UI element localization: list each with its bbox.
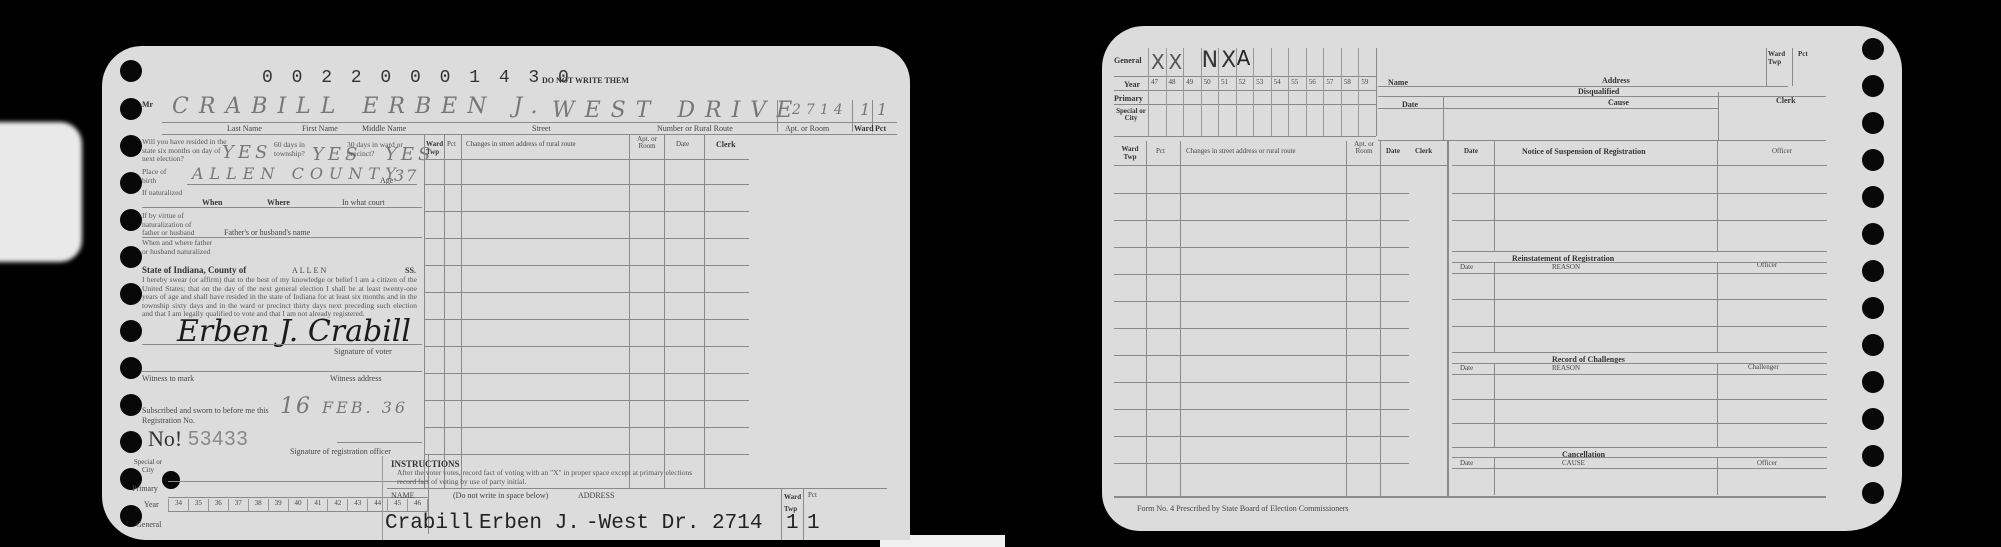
challenges-reason-label: REASON: [1552, 364, 1580, 373]
naturalized-court: In what court: [342, 198, 385, 207]
year-cell: 50: [1204, 78, 1211, 86]
record-row-special: Special or City: [1116, 108, 1146, 122]
year-cell: 51: [1221, 78, 1228, 86]
cancellation-officer-label: Officer: [1757, 459, 1777, 468]
year-cell: 37: [228, 499, 248, 511]
vote-mark: X: [1221, 48, 1236, 73]
naturalized-where: Where: [267, 198, 290, 207]
punch-hole: [1862, 297, 1884, 319]
label-number: Number or Rural Route: [657, 124, 733, 133]
punch-hole: [120, 98, 142, 120]
witness-address-label: Witness address: [330, 374, 381, 383]
challenges-challenger-label: Challenger: [1748, 363, 1779, 372]
label-apt: Apt. or Room: [785, 124, 829, 133]
year-cell: 54: [1274, 78, 1281, 86]
disqualified-section: Name Address Disqualified Date Cause Cle…: [1378, 48, 1826, 140]
naturalized-label: If naturalized: [142, 189, 192, 198]
oath-text: I hereby swear (or affirm) that to the b…: [142, 276, 417, 319]
naturalized-when: When: [202, 198, 222, 207]
punch-hole: [120, 60, 142, 82]
instructions-note: (Do not write in space below): [453, 491, 548, 500]
oath-ss: SS.: [405, 266, 416, 275]
residency-question-state: Will you have resided in the state six m…: [142, 138, 227, 164]
punch-hole: [120, 320, 142, 342]
punch-hole: [120, 209, 142, 231]
year-cell: 52: [1239, 78, 1246, 86]
punch-hole: [1862, 371, 1884, 393]
registration-card-front: 0 0 2 2 0 0 0 1 4 3 0 DO NOT WRITE THEM …: [102, 46, 910, 540]
disq-title: Disqualified: [1578, 87, 1619, 96]
registration-label: Registration No.: [142, 416, 195, 425]
father-name-label: Father's or husband's name: [224, 228, 310, 237]
punch-hole: [1862, 482, 1884, 504]
serial-number: 0 0 2 2 0 0 0 1 4 3 0: [262, 68, 573, 88]
punch-hole: [120, 357, 142, 379]
instructions-box: INSTRUCTIONS After the voter votes, reco…: [382, 456, 903, 540]
birthplace-label: Place of birth: [142, 168, 182, 185]
col-date: Date: [676, 140, 689, 149]
col-pct: Pct: [1156, 147, 1165, 156]
vote-mark: N: [1202, 48, 1218, 73]
typed-address: -West Dr. 2714: [586, 512, 762, 535]
year-cell: 57: [1326, 78, 1333, 86]
suspension-title: Notice of Suspension of Registration: [1522, 147, 1646, 156]
col-apt: Apt. or Room: [634, 136, 660, 150]
instructions-address-label: ADDRESS: [578, 491, 614, 500]
record-row-year: Year: [144, 500, 159, 509]
year-cell: 39: [268, 499, 288, 511]
record-row-primary: Primary: [132, 484, 158, 493]
reinstatement-reason-label: REASON: [1552, 263, 1580, 272]
year-cell: 56: [1309, 78, 1316, 86]
year-cell: 49: [1186, 78, 1193, 86]
year-cell: 41: [307, 499, 327, 511]
title-prefix: Mr: [142, 100, 153, 109]
street-handwritten: WEST DRIVE: [552, 98, 802, 123]
col-pct: Pct: [447, 140, 456, 149]
instructions-text: After the voter votes, record fact of vo…: [397, 469, 697, 486]
punch-hole: [1862, 149, 1884, 171]
punch-hole: [120, 172, 142, 194]
disq-clerk-label: Clerk: [1776, 96, 1796, 105]
vote-mark: X: [1169, 50, 1183, 74]
punch-hole: [1862, 38, 1884, 60]
year-cell: 55: [1291, 78, 1298, 86]
record-row-year: Year: [1124, 80, 1140, 89]
birthplace-value: ALLEN COUNTY: [192, 164, 402, 183]
punch-hole: [120, 431, 142, 453]
father-when-label: When and where father or husband natural…: [142, 239, 217, 256]
year-cell: 53: [1256, 78, 1263, 86]
punch-hole: [120, 394, 142, 416]
year-cell: 36: [208, 499, 228, 511]
punch-hole: [120, 246, 142, 268]
year-cell: 48: [1169, 78, 1176, 86]
year-cell: 59: [1361, 78, 1368, 86]
record-row-special: Special or City: [132, 458, 164, 474]
punch-hole: [120, 283, 142, 305]
label-street: Street: [532, 124, 551, 133]
label-ward: Ward: [854, 124, 874, 133]
disq-address-label: Address: [1602, 76, 1630, 85]
record-row-general: General: [136, 520, 161, 529]
header-notice: DO NOT WRITE THEM: [542, 76, 629, 85]
col-clerk: Clerk: [1415, 147, 1432, 156]
reinstatement-date-label: Date: [1460, 263, 1473, 272]
punch-hole: [1862, 408, 1884, 430]
form-footer: Form No. 4 Prescribed by State Board of …: [1137, 504, 1349, 513]
col-changes: Changes in street address or rural route: [1186, 147, 1296, 156]
punch-hole: [1862, 186, 1884, 208]
punch-hole: [1862, 334, 1884, 356]
signature-label: Signature of voter: [334, 347, 392, 356]
year-cell: 42: [327, 499, 347, 511]
suspension-officer-label: Officer: [1772, 147, 1792, 156]
label-first-name: First Name: [302, 124, 338, 133]
col-clerk: Clerk: [716, 140, 736, 149]
disq-ward-label: Ward Twp: [1768, 50, 1790, 66]
typed-ward: 1: [786, 512, 799, 535]
col-changes: Changes in street address of rural route: [466, 140, 576, 149]
age-value: 37: [394, 166, 418, 185]
year-cell: 47: [1151, 78, 1158, 86]
label-last-name: Last Name: [227, 124, 262, 133]
subscribed-label: Subscribed and sworn to before me this: [142, 406, 269, 415]
punch-hole: [1862, 75, 1884, 97]
suspension-date-label: Date: [1464, 147, 1478, 156]
punch-hole: [1862, 445, 1884, 467]
registration-card-back: General Year Primary Special or City X47…: [1102, 26, 1902, 531]
status-sections: Date Notice of Suspension of Registratio…: [1452, 141, 1827, 496]
disq-cause-label: Cause: [1608, 98, 1629, 107]
year-cell: 38: [248, 499, 268, 511]
col-ward-twp: Ward Twp: [1116, 145, 1144, 161]
instructions-name-label: NAME: [391, 491, 415, 500]
year-cell: 34: [168, 499, 188, 511]
typed-surname: Crabill: [385, 512, 473, 535]
name-handwritten: CRABILL ERBEN J.: [172, 94, 548, 119]
year-cell: 58: [1344, 78, 1351, 86]
punch-hole: [1862, 112, 1884, 134]
instructions-pct-label: Pct: [808, 491, 817, 500]
punch-hole: [1862, 223, 1884, 245]
number-prefix: No!: [148, 426, 182, 452]
label-pct: Pct: [875, 124, 886, 133]
number-handwritten: 2714: [792, 102, 848, 118]
cancellation-cause-label: CAUSE: [1562, 459, 1585, 468]
registration-number: 53433: [188, 428, 249, 451]
voting-record-grid-back: General Year Primary Special or City X47…: [1114, 48, 1376, 138]
clerk-column-back: Clerk: [1409, 141, 1449, 496]
challenges-date-label: Date: [1460, 364, 1473, 373]
punch-hole: [120, 135, 142, 157]
year-cell: 43: [347, 499, 367, 511]
disq-pct-label: Pct: [1798, 50, 1808, 59]
oath-heading: State of Indiana, County of: [142, 266, 246, 275]
scan-glare: [0, 122, 82, 262]
subscribed-month: FEB. 36: [322, 398, 408, 417]
record-row-general: General: [1114, 56, 1142, 65]
pct-handwritten: 1: [877, 100, 897, 119]
col-ward-twp: Ward Twp: [426, 140, 444, 156]
witness-label: Witness to mark: [142, 374, 194, 383]
residency-answer-state: YES: [222, 142, 271, 163]
vote-mark: A: [1237, 46, 1251, 70]
changes-table-front: Ward Twp Pct Changes in street address o…: [424, 134, 904, 489]
oath-county: ALLEN: [292, 266, 328, 275]
record-row-primary: Primary: [1114, 94, 1143, 103]
father-naturalization-label: If by virtue of naturalization of father…: [142, 212, 202, 238]
cancellation-date-label: Date: [1460, 459, 1473, 468]
typed-pct: 1: [807, 512, 820, 535]
col-date: Date: [1386, 147, 1400, 156]
typed-given-name: Erben J.: [479, 512, 580, 535]
label-middle-name: Middle Name: [362, 124, 406, 133]
punch-hole: [1862, 260, 1884, 282]
vote-mark: X: [1151, 50, 1165, 74]
year-cell: 40: [288, 499, 308, 511]
col-apt: Apt. or Room: [1348, 141, 1380, 155]
year-cell: 35: [188, 499, 208, 511]
subscribed-day: 16: [280, 394, 312, 419]
changes-table-back: Ward Twp Pct Changes in street address o…: [1114, 141, 1409, 496]
